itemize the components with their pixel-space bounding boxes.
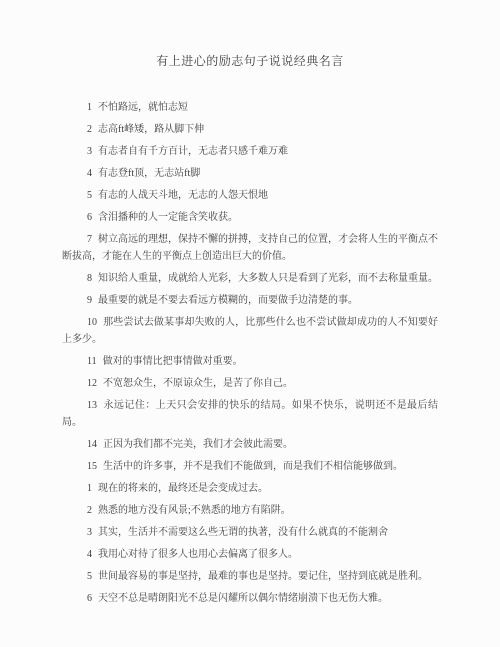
quote-item: 2志高ft峰矮，路从脚下伸 — [62, 121, 438, 138]
quote-number: 4 — [87, 549, 92, 560]
quote-number: 12 — [87, 378, 97, 389]
quote-text: 最重要的就是不要去看远方模糊的，而要做手边清楚的事。 — [98, 295, 358, 306]
quote-number: 3 — [87, 527, 92, 538]
quote-number: 3 — [87, 146, 92, 157]
quote-number: 5 — [87, 571, 92, 582]
quote-item: 1现在的将来的，最终还是会变成过去。 — [62, 480, 438, 497]
quote-text: 熟悉的地方没有风景;不熟悉的地方有陷阱。 — [98, 505, 291, 516]
quote-item: 1不怕路远，就怕志短 — [62, 99, 438, 116]
quote-text: 不怕路远，就怕志短 — [98, 102, 188, 113]
quote-text: 现在的将来的，最终还是会变成过去。 — [98, 483, 268, 494]
document-page: 有上进心的励志句子说说经典名言 1不怕路远，就怕志短 2志高ft峰矮，路从脚下伸… — [0, 0, 500, 647]
quote-item: 6含泪播种的人一定能含笑收获。 — [62, 209, 438, 226]
quote-item: 4有志登ft顶，无志站ft脚 — [62, 165, 438, 182]
quote-number: 7 — [87, 234, 92, 245]
quote-number: 2 — [87, 124, 92, 135]
quote-text: 正因为我们都不完美，我们才会彼此需要。 — [103, 439, 293, 450]
quote-number: 9 — [87, 295, 92, 306]
quote-number: 14 — [87, 439, 97, 450]
quote-text: 有志者自有千方百计，无志者只感千难万难 — [98, 146, 288, 157]
quote-list-1: 1不怕路远，就怕志短 2志高ft峰矮，路从脚下伸 3有志者自有千方百计，无志者只… — [62, 99, 438, 475]
quote-text: 树立高远的理想，保持不懈的拼搏，支持自己的位置，才会将人生的平衡点不断拔高，才能… — [62, 234, 438, 262]
quote-item: 7树立高远的理想，保持不懈的拼搏，支持自己的位置，才会将人生的平衡点不断拔高，才… — [62, 231, 438, 265]
quote-number: 6 — [87, 212, 92, 223]
quote-number: 6 — [87, 593, 92, 604]
quote-text: 有志登ft顶，无志站ft脚 — [98, 168, 200, 179]
quote-item: 12不宽恕众生，不原谅众生，是苦了你自己。 — [62, 375, 438, 392]
quote-text: 我用心对待了很多人也用心去偏离了很多人。 — [98, 549, 298, 560]
quote-item: 5有志的人战天斗地，无志的人怨天恨地 — [62, 187, 438, 204]
quote-text: 知识给人重量，成就给人光彩，大多数人只是看到了光彩，而不去称量重量。 — [98, 273, 438, 284]
quote-text: 其实，生活并不需要这么些无谓的执著，没有什么就真的不能割舍 — [98, 527, 388, 538]
quote-number: 4 — [87, 168, 92, 179]
quote-item: 4我用心对待了很多人也用心去偏离了很多人。 — [62, 546, 438, 563]
quote-number: 1 — [87, 102, 92, 113]
quote-text: 含泪播种的人一定能含笑收获。 — [98, 212, 238, 223]
quote-text: 有志的人战天斗地，无志的人怨天恨地 — [98, 190, 268, 201]
quote-item: 10那些尝试去做某事却失败的人，比那些什么也不尝试做却成功的人不知要好上多少。 — [62, 314, 438, 348]
quote-text: 永远记住：上天只会安排的快乐的结局。如果不快乐，说明还不是最后结局。 — [62, 400, 438, 428]
quote-number: 13 — [87, 400, 97, 411]
quote-text: 做对的事情比把事情做对重要。 — [103, 356, 243, 367]
quote-item: 8知识给人重量，成就给人光彩，大多数人只是看到了光彩，而不去称量重量。 — [62, 270, 438, 287]
quote-text: 志高ft峰矮，路从脚下伸 — [98, 124, 204, 135]
quote-number: 8 — [87, 273, 92, 284]
quote-number: 15 — [87, 461, 97, 472]
quote-text: 不宽恕众生，不原谅众生，是苦了你自己。 — [103, 378, 293, 389]
page-title: 有上进心的励志句子说说经典名言 — [62, 0, 438, 69]
quote-item: 3有志者自有千方百计，无志者只感千难万难 — [62, 143, 438, 160]
quote-number: 2 — [87, 505, 92, 516]
quote-item: 5世间最容易的事是坚持，最难的事也是坚持。要记住，坚持到底就是胜利。 — [62, 568, 438, 585]
quote-item: 15生活中的许多事，并不是我们不能做到，而是我们不相信能够做到。 — [62, 458, 438, 475]
quote-item: 2熟悉的地方没有风景;不熟悉的地方有陷阱。 — [62, 502, 438, 519]
quote-item: 3其实，生活并不需要这么些无谓的执著，没有什么就真的不能割舍 — [62, 524, 438, 541]
quote-number: 11 — [87, 356, 97, 367]
quote-list-2: 1现在的将来的，最终还是会变成过去。 2熟悉的地方没有风景;不熟悉的地方有陷阱。… — [62, 480, 438, 607]
quote-item: 14正因为我们都不完美，我们才会彼此需要。 — [62, 436, 438, 453]
quote-item: 6天空不总是晴朗阳光不总是闪耀所以偶尔情绪崩溃下也无伤大雅。 — [62, 590, 438, 607]
quote-text: 天空不总是晴朗阳光不总是闪耀所以偶尔情绪崩溃下也无伤大雅。 — [98, 593, 388, 604]
quote-text: 那些尝试去做某事却失败的人，比那些什么也不尝试做却成功的人不知要好上多少。 — [62, 317, 438, 345]
quote-item: 9最重要的就是不要去看远方模糊的，而要做手边清楚的事。 — [62, 292, 438, 309]
quote-number: 1 — [87, 483, 92, 494]
quote-item: 13永远记住：上天只会安排的快乐的结局。如果不快乐，说明还不是最后结局。 — [62, 397, 438, 431]
quote-text: 世间最容易的事是坚持，最难的事也是坚持。要记住，坚持到底就是胜利。 — [98, 571, 428, 582]
quote-number: 10 — [87, 317, 97, 328]
quote-item: 11做对的事情比把事情做对重要。 — [62, 353, 438, 370]
quote-text: 生活中的许多事，并不是我们不能做到，而是我们不相信能够做到。 — [103, 461, 403, 472]
quote-number: 5 — [87, 190, 92, 201]
